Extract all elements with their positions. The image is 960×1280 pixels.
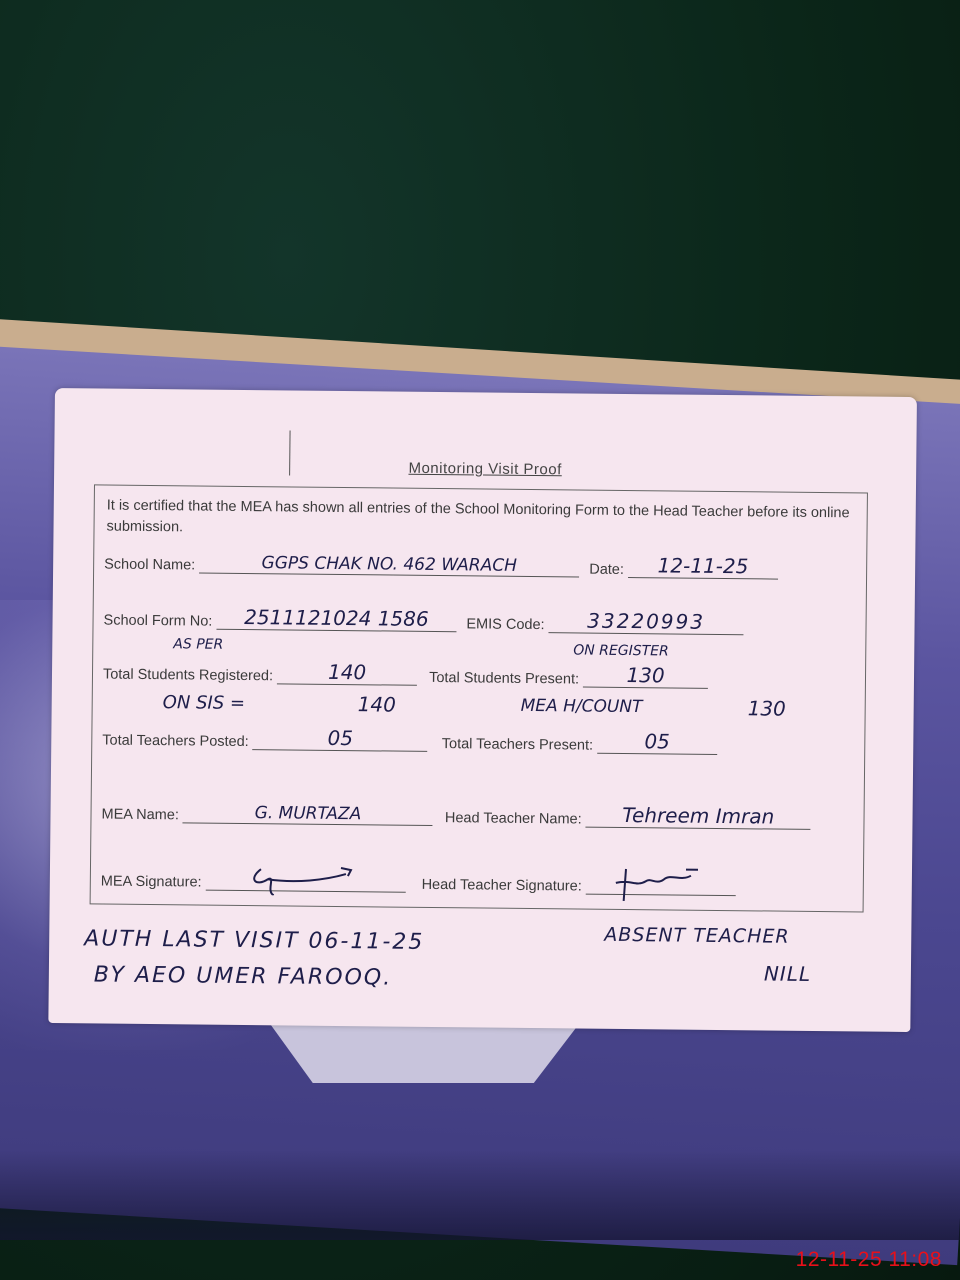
school-name-label: School Name: <box>104 557 195 574</box>
total-teachers-posted-value: 05 <box>253 725 428 752</box>
form-no-row: School Form No: 2511121024 1586 EMIS Cod… <box>103 604 743 636</box>
aeo-note: BY AEO UMER FAROOQ. <box>94 962 393 990</box>
total-students-present-value: 130 <box>583 663 708 689</box>
last-visit-note: AUTH LAST VISIT 06-11-25 <box>84 926 424 955</box>
students-row: Total Students Registered: 140 Total Stu… <box>103 658 708 689</box>
emis-code-label: EMIS Code: <box>466 616 544 633</box>
mea-name-value: G. MURTAZA <box>183 802 433 826</box>
total-students-registered-value: 140 <box>277 659 417 685</box>
school-form-no-value: 2511121024 1586 <box>216 605 456 633</box>
date-label: Date: <box>589 562 624 578</box>
form-box: It is certified that the MEA has shown a… <box>90 484 868 912</box>
on-sis-annotation: ON SIS = <box>163 692 246 714</box>
monitoring-visit-proof-form: Monitoring Visit Proof It is certified t… <box>48 388 917 1032</box>
school-form-no-label: School Form No: <box>103 613 212 630</box>
teachers-row: Total Teachers Posted: 05 Total Teachers… <box>102 724 717 755</box>
mea-name-label: MEA Name: <box>101 807 179 824</box>
on-register-annotation: ON REGISTER <box>573 642 669 659</box>
mea-signature <box>206 861 406 893</box>
head-teacher-signature <box>586 865 736 897</box>
as-per-annotation: AS PER <box>173 636 223 653</box>
mea-signature-scribble <box>245 861 365 896</box>
signatures-row: MEA Signature: Head Teacher Signature: <box>101 860 736 897</box>
mea-head-count-annotation: MEA H/COUNT <box>521 696 643 717</box>
folder-shadow <box>0 1150 960 1240</box>
on-sis-value: 140 <box>358 692 396 716</box>
head-teacher-signature-scribble <box>606 865 716 906</box>
head-teacher-name-label: Head Teacher Name: <box>445 810 582 827</box>
camera-timestamp: 12-11-25 11:08 <box>796 1248 942 1272</box>
total-teachers-posted-label: Total Teachers Posted: <box>102 733 249 751</box>
total-teachers-present-value: 05 <box>597 729 717 755</box>
document-title: Monitoring Visit Proof <box>54 456 916 482</box>
head-teacher-signature-label: Head Teacher Signature: <box>422 877 582 895</box>
head-teacher-name-value: Tehreem Imran <box>586 803 811 830</box>
school-name-value: GGPS CHAK NO. 462 WARACH <box>199 553 579 578</box>
certification-text: It is certified that the MEA has shown a… <box>106 496 856 546</box>
mea-signature-label: MEA Signature: <box>101 874 202 891</box>
total-students-registered-label: Total Students Registered: <box>103 667 273 685</box>
absent-teacher-note: ABSENT TEACHER <box>604 924 790 948</box>
emis-code-value: 33220993 <box>549 608 744 635</box>
date-value: 12-11-25 <box>628 553 778 580</box>
absent-teacher-value: NILL <box>764 961 811 985</box>
total-teachers-present-label: Total Teachers Present: <box>442 736 593 754</box>
mea-head-count-value: 130 <box>748 696 786 720</box>
names-row: MEA Name: G. MURTAZA Head Teacher Name: … <box>101 798 810 830</box>
school-name-row: School Name: GGPS CHAK NO. 462 WARACH Da… <box>104 548 778 580</box>
total-students-present-label: Total Students Present: <box>429 670 579 688</box>
